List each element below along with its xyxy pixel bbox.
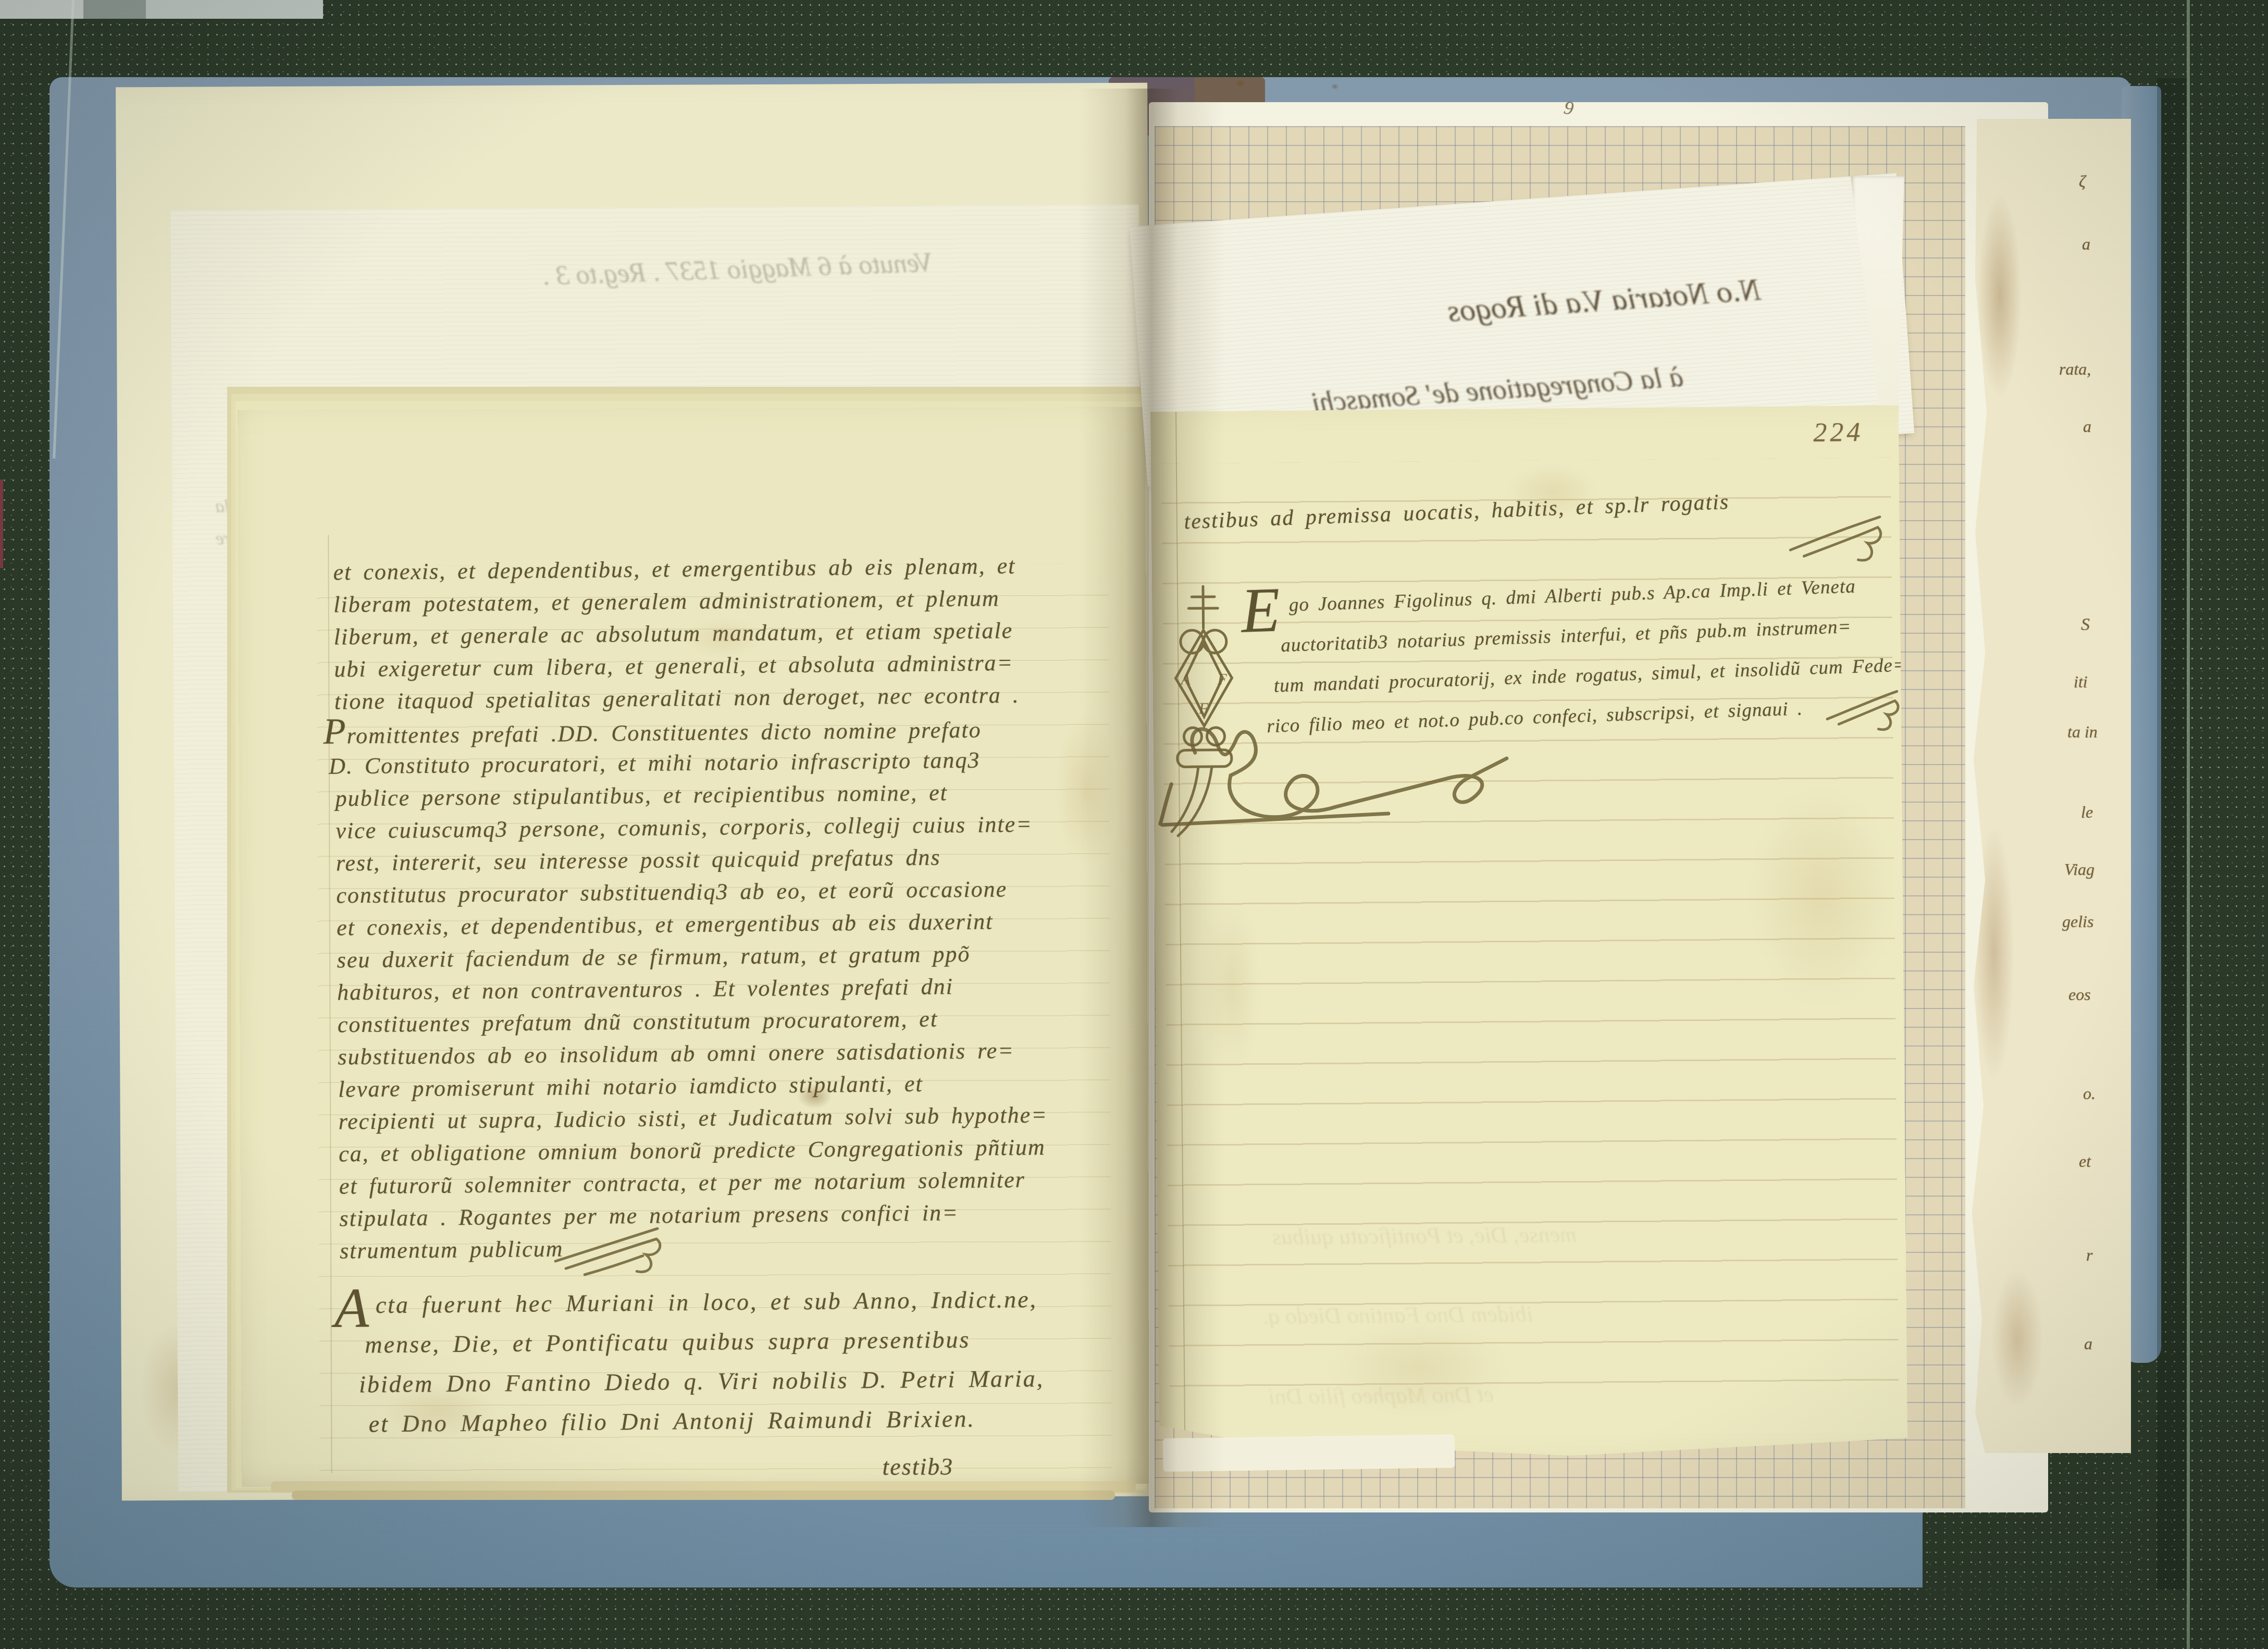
edge-fragment: a — [2082, 235, 2090, 254]
film-edge-mark — [0, 479, 3, 568]
case-top-edge — [0, 0, 344, 19]
acta-line: ibidem Dno Fantino Diedo q. Viri nobilis… — [338, 1364, 1045, 1410]
text-line: strumentum publicum — [340, 1230, 1049, 1270]
edge-fragment: iti — [2074, 672, 2088, 692]
acta-line: mense, Die, et Pontificatu quibus supra … — [338, 1325, 1044, 1371]
showthrough-line-mirrored: N.o Notaria V.a di Rogos — [1213, 272, 1762, 346]
edge-fragment: o. — [2083, 1084, 2096, 1103]
acta-block: Acta fuerunt hec Muriani in loco, et sub… — [338, 1285, 1045, 1450]
stain — [1981, 1239, 2054, 1437]
edge-fragment: le — [2081, 803, 2093, 822]
ragged-page-strip: ζ a rata, a S iti ta in le Viag gelis eo… — [1965, 119, 2131, 1453]
edge-fragment: ta in — [2067, 722, 2098, 742]
pen-flourish — [1825, 689, 1904, 736]
gutter-shadow — [1079, 89, 1224, 1527]
edge-fragment: S — [2081, 615, 2090, 635]
edge-fragment: rata, — [2059, 360, 2091, 379]
left-text-block: et conexis, et dependentibus, et emergen… — [333, 552, 1049, 1270]
manuscript-page-right: 224 testibus ad premissa uocatis, habiti… — [1150, 405, 1907, 1459]
acta-line: Acta fuerunt hec Muriani in loco, et sub… — [338, 1285, 1044, 1331]
glass-edge-right-shadow — [2157, 78, 2187, 1590]
edge-fragment: Viag — [2064, 860, 2095, 879]
ghost-offset-text: mense, Die, et Pontificatu quibus — [1272, 1221, 1577, 1250]
ghost-offset-text: et Dno Mapheo filio Dni — [1268, 1381, 1494, 1410]
glass-edge-right — [2187, 0, 2190, 1649]
edge-fragment: eos — [2068, 985, 2091, 1004]
ghost-offset-text: ibidem Dno Fantino Diedo q. — [1262, 1301, 1533, 1330]
manuscript-page-left: et conexis, et dependentibus, et emergen… — [238, 407, 1149, 1487]
edge-fragment: r — [2086, 1246, 2092, 1265]
manuscript-photo: Venuto à 6 Maggio 1537 . Reg.to 3 . R. P… — [0, 0, 2268, 1649]
edge-fragment: gelis — [2062, 912, 2093, 931]
edge-fragment: et — [2079, 1152, 2091, 1171]
folio-number: 224 — [1813, 417, 1864, 448]
witness-word: testib3 — [882, 1453, 953, 1480]
quire-bottom-edges — [292, 1491, 1115, 1500]
edge-fragment: a — [2083, 417, 2091, 436]
pen-flourish — [1788, 515, 1888, 573]
pen-flourish — [553, 1224, 668, 1282]
acta-line: et Dno Mapheo filio Dni Antonij Raimundi… — [339, 1404, 1045, 1450]
edge-fragment: a — [2084, 1334, 2092, 1353]
edge-fragment: ζ — [2079, 172, 2086, 191]
